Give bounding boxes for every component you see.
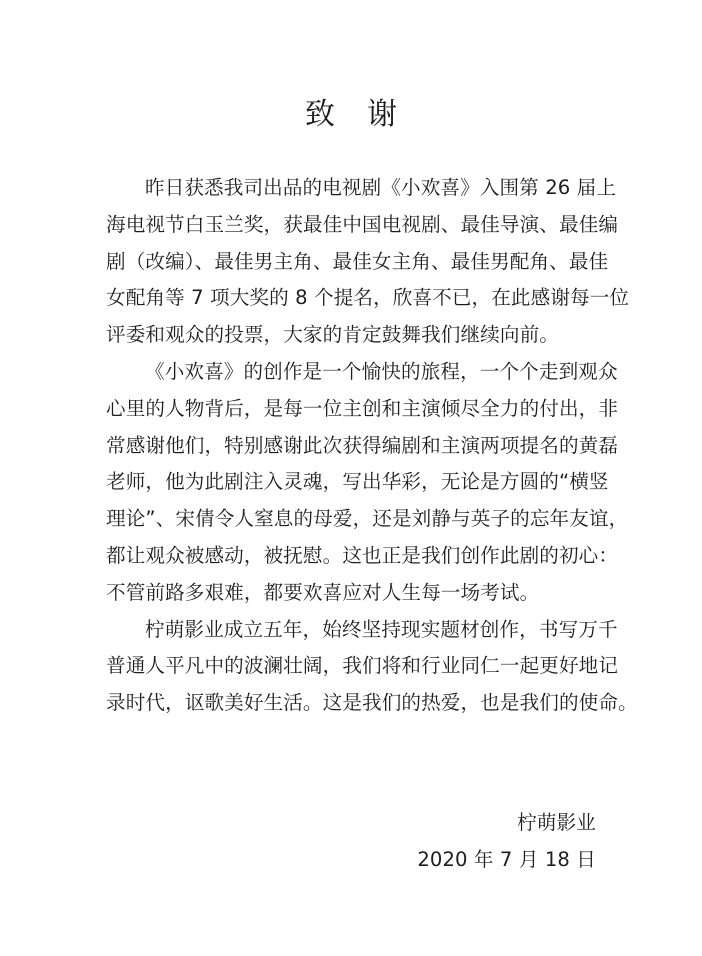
paragraph-line: 昨日获悉我司出品的电视剧《小欢喜》入围第 26 届上 [106,170,598,207]
signature-date: 2020 年 7 月 18 日 [417,842,596,879]
paragraph-line: 不管前路多艰难，都要欢喜应对人生每一场考试。 [106,575,598,612]
paragraph-line: 理论”、宋倩令人窒息的母爱，还是刘静与英子的忘年友谊， [106,501,598,538]
paragraph-3: 柠萌影业成立五年，始终坚持现实题材创作，书写万千 普通人平凡中的波澜壮阔，我们将… [106,612,598,722]
paragraph-line: 海电视节白玉兰奖，获最佳中国电视剧、最佳导演、最佳编 [106,207,598,244]
paragraph-2: 《小欢喜》的创作是一个愉快的旅程，一个个走到观众 心里的人物背后，是每一位主创和… [106,354,598,612]
page-title: 致谢 [0,95,702,135]
paragraph-line: 《小欢喜》的创作是一个愉快的旅程，一个个走到观众 [106,354,598,391]
paragraph-line: 柠萌影业成立五年，始终坚持现实题材创作，书写万千 [106,612,598,649]
paragraph-line: 女配角等 7 项大奖的 8 个提名，欣喜不已，在此感谢每一位 [106,280,598,317]
title-char-2: 谢 [367,95,397,135]
paragraph-line: 心里的人物背后，是每一位主创和主演倾尽全力的付出，非 [106,391,598,428]
paragraph-line: 常感谢他们，特别感谢此次获得编剧和主演两项提名的黄磊 [106,428,598,465]
signature-block: 柠萌影业 2020 年 7 月 18 日 [417,805,596,879]
paragraph-line: 普通人平凡中的波澜壮阔，我们将和行业同仁一起更好地记 [106,648,598,685]
paragraph-line: 都让观众被感动，被抚慰。这也正是我们创作此剧的初心： [106,538,598,575]
paragraph-1: 昨日获悉我司出品的电视剧《小欢喜》入围第 26 届上 海电视节白玉兰奖，获最佳中… [106,170,598,354]
letter-page: 致谢 昨日获悉我司出品的电视剧《小欢喜》入围第 26 届上 海电视节白玉兰奖，获… [0,0,702,956]
paragraph-line: 剧（改编）、最佳男主角、最佳女主角、最佳男配角、最佳 [106,244,598,281]
paragraph-line: 录时代，讴歌美好生活。这是我们的热爱，也是我们的使命。 [106,685,598,722]
title-char-1: 致 [305,95,335,135]
signature-company: 柠萌影业 [417,805,596,842]
paragraph-line: 老师，他为此剧注入灵魂，写出华彩，无论是方圆的“横竖 [106,464,598,501]
letter-body: 昨日获悉我司出品的电视剧《小欢喜》入围第 26 届上 海电视节白玉兰奖，获最佳中… [106,170,598,722]
paragraph-line: 评委和观众的投票，大家的肯定鼓舞我们继续向前。 [106,317,598,354]
